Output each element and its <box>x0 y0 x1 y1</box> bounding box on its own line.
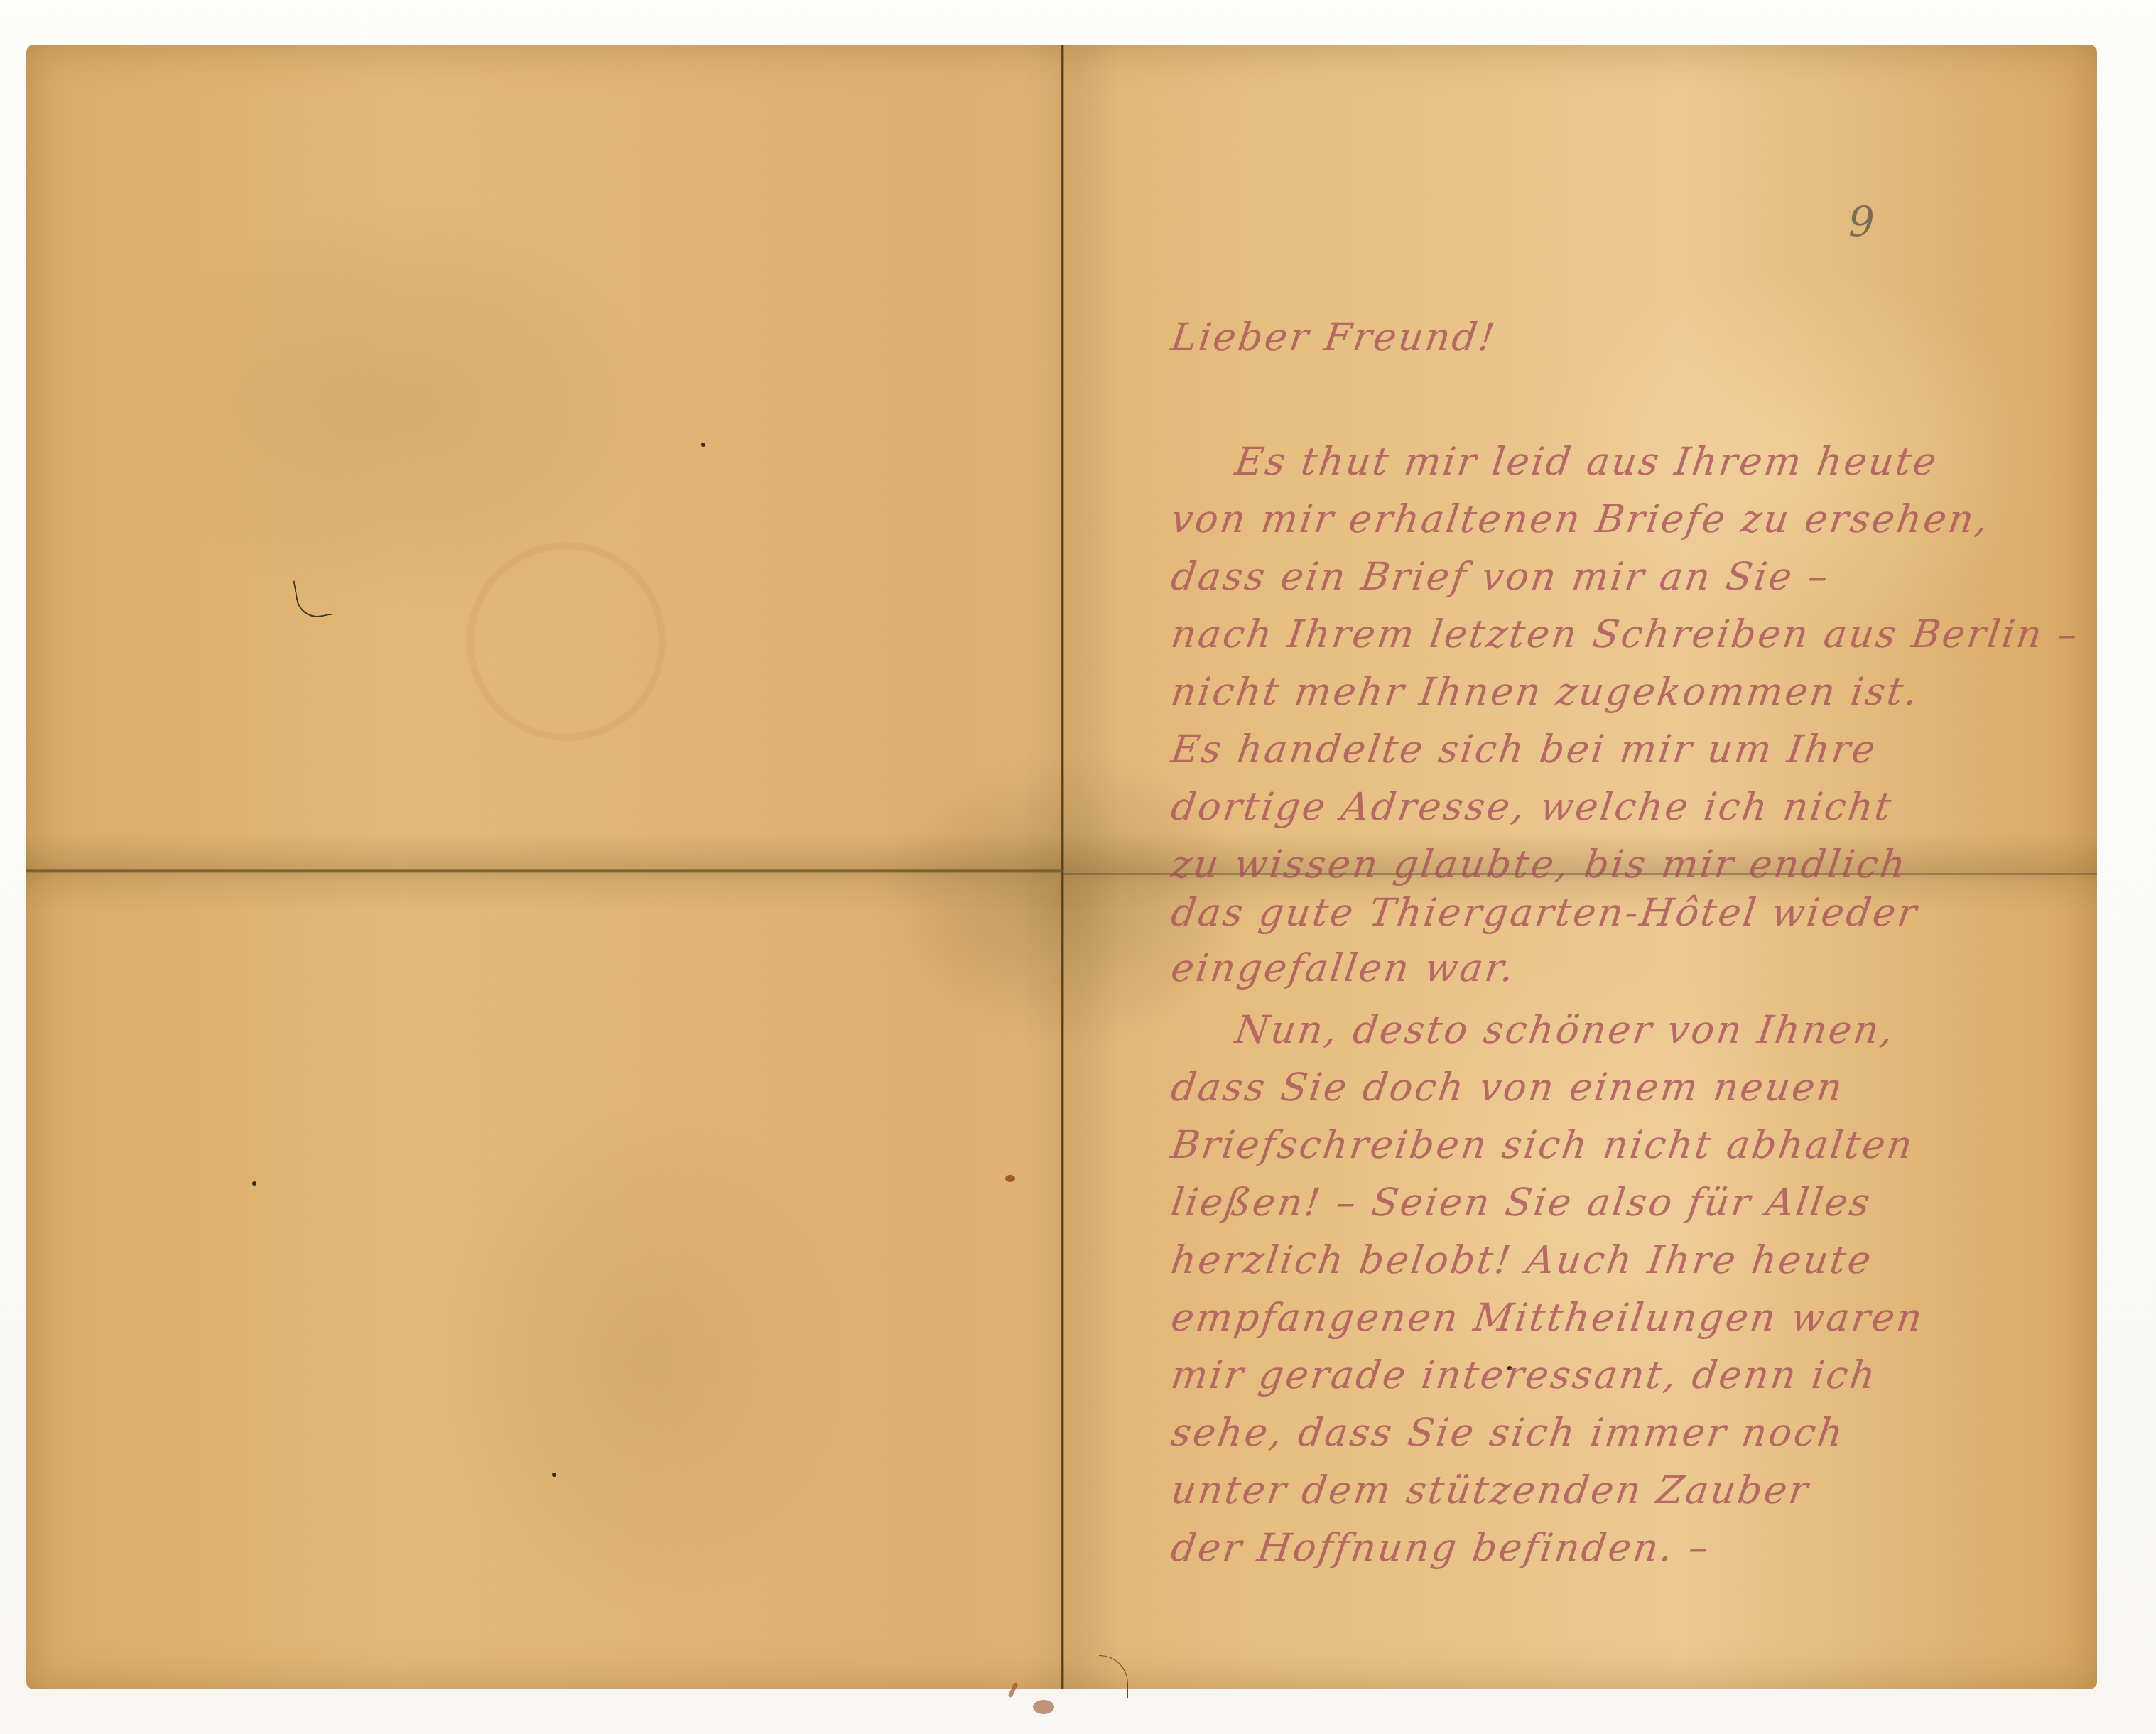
letter-sheet: 9 Lieber Freund! Es thut mir leid aus Ih… <box>26 45 2097 1689</box>
horizontal-fold-crease-left <box>26 869 1063 873</box>
speck <box>552 1473 556 1477</box>
letter-line: zu wissen glaubte, bis mir endlich <box>1169 842 1910 887</box>
letter-line: eingefallen war. <box>1169 945 1519 990</box>
letter-line: der Hoffnung befinden. – <box>1169 1525 1713 1570</box>
stray-fiber-bottom <box>1099 1655 1128 1698</box>
letter-line: Nun, desto schöner von Ihnen, <box>1169 1007 1898 1052</box>
letter-line: Es handelte sich bei mir um Ihre <box>1169 727 1880 771</box>
letter-line: nicht mehr Ihnen zugekommen ist. <box>1169 669 1923 714</box>
stray-fiber-left <box>293 575 332 620</box>
faded-stamp-mark <box>467 542 666 741</box>
letter-line: dortige Adresse, welche ich nicht <box>1169 784 1896 829</box>
letter-line: von mir erhaltenen Briefe zu ersehen, <box>1169 497 1993 541</box>
page-number-marker: 9 <box>1848 197 1875 246</box>
letter-line: ließen! – Seien Sie also für Alles <box>1169 1180 1875 1225</box>
letter-line: empfangenen Mittheilungen waren <box>1169 1295 1927 1340</box>
letter-line: Briefschreiben sich nicht abhalten <box>1169 1122 1917 1167</box>
letter-line: nach Ihrem letzten Schreiben aus Berlin … <box>1169 612 2083 656</box>
letter-line: sehe, dass Sie sich immer noch <box>1169 1410 1848 1455</box>
salutation: Lieber Freund! <box>1169 315 1500 359</box>
letter-line: dass Sie doch von einem neuen <box>1169 1065 1847 1110</box>
letter-line: das gute Thiergarten-Hôtel wieder <box>1169 890 1922 935</box>
letter-line: herzlich belobt! Auch Ihre heute <box>1169 1237 1876 1282</box>
letter-line: dass ein Brief von mir an Sie – <box>1169 554 1833 599</box>
letter-line: mir gerade interessant, denn ich <box>1169 1353 1880 1397</box>
speck <box>252 1181 256 1186</box>
letter-line: Es thut mir leid aus Ihrem heute <box>1169 439 1941 484</box>
ink-stain <box>1005 1175 1015 1182</box>
ink-stain <box>1033 1700 1054 1714</box>
speck <box>701 443 705 447</box>
letter-line: unter dem stützenden Zauber <box>1169 1468 1813 1512</box>
vertical-fold-crease <box>1061 45 1064 1689</box>
